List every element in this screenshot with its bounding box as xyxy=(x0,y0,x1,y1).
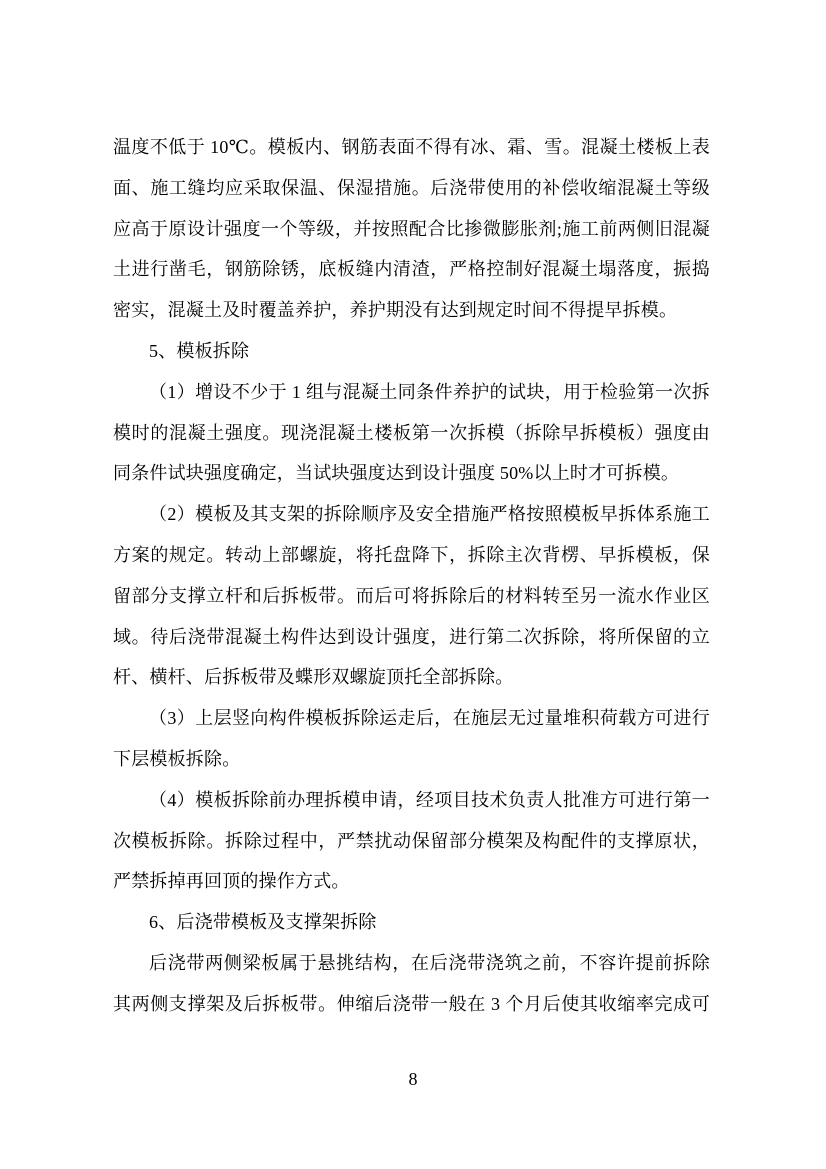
text-line: 温度不低于 10℃。模板内、钢筋表面不得有冰、霜、雪。混凝土楼板上表 xyxy=(113,127,710,168)
text-line: 严禁拆掉再回顶的操作方式。 xyxy=(113,861,710,902)
heading-section-5: 5、模板拆除 xyxy=(113,331,710,372)
text-line: 杆、横杆、后拆板带及蝶形双螺旋顶托全部拆除。 xyxy=(113,657,710,698)
text-line: 留部分支撑立杆和后拆板带。而后可将拆除后的材料转至另一流水作业区 xyxy=(113,576,710,617)
heading-section-6: 6、后浇带模板及支撑架拆除 xyxy=(113,902,710,943)
text-line: （1）增设不少于 1 组与混凝土同条件养护的试块，用于检验第一次拆 xyxy=(113,372,710,413)
text-line: 下层模板拆除。 xyxy=(113,739,710,780)
para-5-item-1: （1）增设不少于 1 组与混凝土同条件养护的试块，用于检验第一次拆模时的混凝土强… xyxy=(113,372,710,494)
text-line: （2）模板及其支架的拆除顺序及安全措施严格按照模板早拆体系施工 xyxy=(113,494,710,535)
text-line: 土进行凿毛，钢筋除锈，底板缝内清渣，严格控制好混凝土塌落度，振捣 xyxy=(113,249,710,290)
text-line: 域。待后浇带混凝土构件达到设计强度，进行第二次拆除，将所保留的立 xyxy=(113,617,710,658)
para-6-intro: 后浇带两侧梁板属于悬挑结构，在后浇带浇筑之前，不容许提前拆除其两侧支撑架及后拆板… xyxy=(113,943,710,1025)
text-line: 5、模板拆除 xyxy=(113,331,710,372)
text-line: （4）模板拆除前办理拆模申请，经项目技术负责人批准方可进行第一 xyxy=(113,780,710,821)
text-line: 其两侧支撑架及后拆板带。伸缩后浇带一般在 3 个月后使其收缩率完成可 xyxy=(113,984,710,1025)
para-5-item-4: （4）模板拆除前办理拆模申请，经项目技术负责人批准方可进行第一次模板拆除。拆除过… xyxy=(113,780,710,902)
para-5-item-2: （2）模板及其支架的拆除顺序及安全措施严格按照模板早拆体系施工方案的规定。转动上… xyxy=(113,494,710,698)
text-line: 后浇带两侧梁板属于悬挑结构，在后浇带浇筑之前，不容许提前拆除 xyxy=(113,943,710,984)
page-footer: 8 xyxy=(0,1066,826,1092)
para-5-item-3: （3）上层竖向构件模板拆除运走后，在施层无过量堆积荷载方可进行下层模板拆除。 xyxy=(113,698,710,780)
text-line: （3）上层竖向构件模板拆除运走后，在施层无过量堆积荷载方可进行 xyxy=(113,698,710,739)
page-number: 8 xyxy=(409,1069,418,1089)
text-line: 模时的混凝土强度。现浇混凝土楼板第一次拆模（拆除早拆模板）强度由 xyxy=(113,413,710,454)
text-line: 方案的规定。转动上部螺旋，将托盘降下，拆除主次背楞、早拆模板，保 xyxy=(113,535,710,576)
document-page: 温度不低于 10℃。模板内、钢筋表面不得有冰、霜、雪。混凝土楼板上表面、施工缝均… xyxy=(0,0,826,1169)
text-line: 6、后浇带模板及支撑架拆除 xyxy=(113,902,710,943)
text-line: 密实，混凝土及时覆盖养护，养护期没有达到规定时间不得提早拆模。 xyxy=(113,290,710,331)
text-line: 次模板拆除。拆除过程中，严禁扰动保留部分模架及构配件的支撑原状， xyxy=(113,821,710,862)
text-line: 应高于原设计强度一个等级，并按照配合比掺微膨胀剂;施工前两侧旧混凝 xyxy=(113,209,710,250)
text-line: 同条件试块强度确定，当试块强度达到设计强度 50%以上时才可拆模。 xyxy=(113,453,710,494)
para-curing-continuation: 温度不低于 10℃。模板内、钢筋表面不得有冰、霜、雪。混凝土楼板上表面、施工缝均… xyxy=(113,127,710,331)
text-line: 面、施工缝均应采取保温、保湿措施。后浇带使用的补偿收缩混凝土等级 xyxy=(113,168,710,209)
page-body: 温度不低于 10℃。模板内、钢筋表面不得有冰、霜、雪。混凝土楼板上表面、施工缝均… xyxy=(113,127,710,1025)
